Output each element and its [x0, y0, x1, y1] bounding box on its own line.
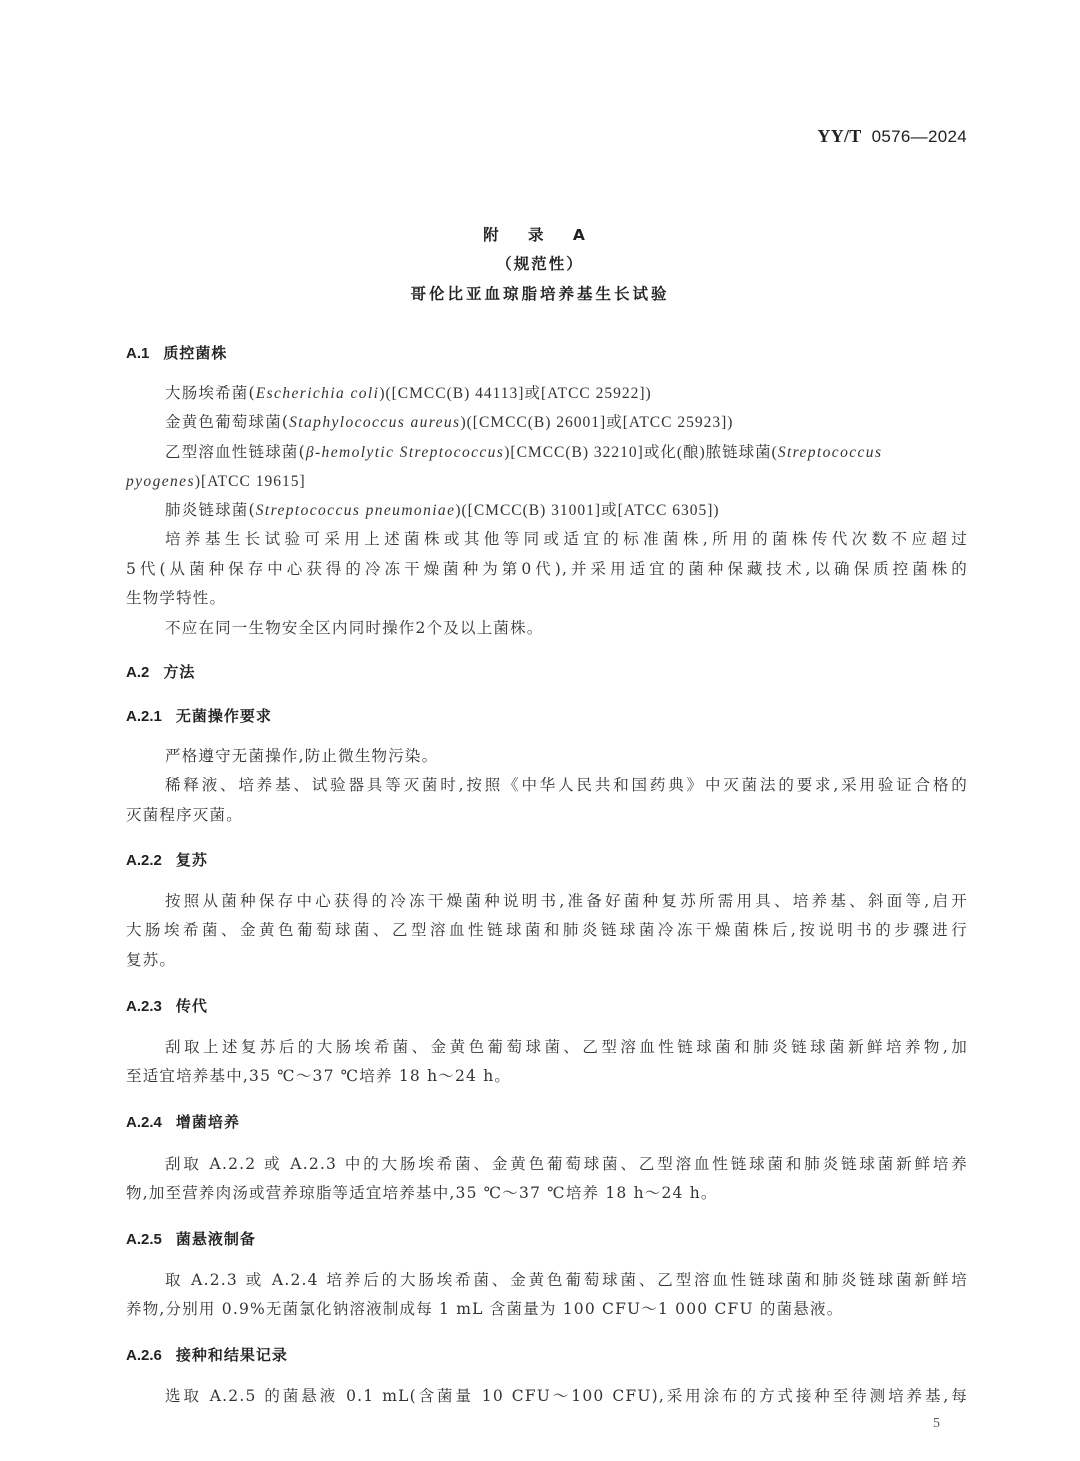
section-heading-a24: A.2.4增菌培养	[126, 1111, 240, 1132]
section-number: A.2.4	[126, 1114, 162, 1131]
section-heading-a2: A.2方法	[126, 661, 195, 682]
section-title: 接种和结果记录	[176, 1346, 288, 1364]
strain-name-latin: pyogenes	[126, 473, 195, 490]
strain-name-latin: Staphylococcus aureus	[289, 414, 460, 431]
paragraph-line: 严格遵守无菌操作,防止微生物污染。	[165, 742, 968, 771]
section-title: 无菌操作要求	[176, 707, 272, 725]
annex-type: （规范性）	[0, 252, 1080, 274]
paragraph-line: 灭菌程序灭菌。	[126, 801, 968, 830]
paragraph-line: 至适宜培养基中,35 ℃～37 ℃培养 18 h～24 h。	[126, 1062, 968, 1091]
section-number: A.2.2	[126, 852, 162, 869]
paragraph-line: 刮取上述复苏后的大肠埃希菌、金黄色葡萄球菌、乙型溶血性链球菌和肺炎链球菌新鲜培养…	[165, 1033, 968, 1062]
section-title: 复苏	[176, 851, 208, 869]
paragraph-line: 养物,分别用 0.9%无菌氯化钠溶液制成每 1 mL 含菌量为 100 CFU～…	[126, 1295, 968, 1324]
section-heading-a1: A.1质控菌株	[126, 342, 227, 363]
section-title: 质控菌株	[163, 344, 227, 362]
paragraph-line: 稀释液、培养基、试验器具等灭菌时,按照《中华人民共和国药典》中灭菌法的要求,采用…	[165, 771, 968, 800]
section-heading-a21: A.2.1无菌操作要求	[126, 705, 272, 726]
strain-refs: )([CMCC(B) 44113]或[ATCC 25922])	[379, 385, 651, 402]
strain-line: 大肠埃希菌(Escherichia coli)([CMCC(B) 44113]或…	[165, 379, 968, 408]
strain-name-latin: Streptococcus pneumoniae	[256, 502, 456, 519]
paragraph-line: 培养基生长试验可采用上述菌株或其他等同或适宜的标准菌株,所用的菌株传代次数不应超…	[165, 525, 968, 554]
section-number: A.2.3	[126, 998, 162, 1015]
section-number: A.2.1	[126, 708, 162, 725]
section-heading-a26: A.2.6接种和结果记录	[126, 1344, 288, 1365]
section-number: A.2.5	[126, 1231, 162, 1248]
strain-line-continued: pyogenes)[ATCC 19615]	[126, 467, 968, 496]
strain-name-cn: 大肠埃希菌(	[165, 384, 256, 402]
standard-code: YY/T 0576—2024	[817, 126, 967, 147]
strain-name-cn: 肺炎链球菌(	[165, 501, 256, 519]
section-number: A.2.6	[126, 1347, 162, 1364]
strain-line: 肺炎链球菌(Streptococcus pneumoniae)([CMCC(B)…	[165, 496, 968, 525]
section-number: A.2	[126, 664, 149, 681]
paragraph-line: 物,加至营养肉汤或营养琼脂等适宜培养基中,35 ℃～37 ℃培养 18 h～24…	[126, 1179, 968, 1208]
section-title: 方法	[163, 663, 195, 681]
strain-refs: )[CMCC(B) 32210]或化(酿)脓链球菌(	[504, 444, 778, 461]
strain-line: 乙型溶血性链球菌(β-hemolytic Streptococcus)[CMCC…	[165, 438, 968, 467]
strain-name-latin: Streptococcus	[778, 444, 883, 461]
strain-name-cn: 金黄色葡萄球菌(	[165, 413, 289, 431]
standard-number: 0576—2024	[872, 127, 967, 146]
strain-refs: )([CMCC(B) 31001]或[ATCC 6305])	[455, 502, 719, 519]
annex-name: 哥伦比亚血琼脂培养基生长试验	[0, 282, 1080, 304]
paragraph-line: 复苏。	[126, 946, 968, 975]
standard-prefix: YY/T	[817, 126, 861, 146]
section-heading-a23: A.2.3传代	[126, 995, 208, 1016]
section-title: 增菌培养	[176, 1113, 240, 1131]
strain-line: 金黄色葡萄球菌(Staphylococcus aureus)([CMCC(B) …	[165, 408, 968, 437]
strain-refs: )[ATCC 19615]	[195, 473, 306, 490]
section-heading-a25: A.2.5菌悬液制备	[126, 1228, 256, 1249]
paragraph-line: 按照从菌种保存中心获得的冷冻干燥菌种说明书,准备好菌种复苏所需用具、培养基、斜面…	[165, 887, 968, 916]
paragraph-line: 5代(从菌种保存中心获得的冷冻干燥菌种为第0代),并采用适宜的菌种保藏技术,以确…	[126, 555, 968, 584]
paragraph-line: 不应在同一生物安全区内同时操作2个及以上菌株。	[165, 614, 968, 643]
strain-refs: )([CMCC(B) 26001]或[ATCC 25923])	[460, 414, 733, 431]
paragraph-line: 刮取 A.2.2 或 A.2.3 中的大肠埃希菌、金黄色葡萄球菌、乙型溶血性链球…	[165, 1150, 968, 1179]
section-title: 传代	[176, 997, 208, 1015]
paragraph-line: 生物学特性。	[126, 584, 968, 613]
section-title: 菌悬液制备	[176, 1230, 256, 1248]
section-heading-a22: A.2.2复苏	[126, 849, 208, 870]
strain-name-latin: Escherichia coli	[256, 385, 380, 402]
strain-name-cn: 乙型溶血性链球菌(	[165, 443, 306, 461]
strain-name-latin: β-hemolytic Streptococcus	[306, 444, 504, 461]
paragraph-line: 取 A.2.3 或 A.2.4 培养后的大肠埃希菌、金黄色葡萄球菌、乙型溶血性链…	[165, 1266, 968, 1295]
section-number: A.1	[126, 345, 149, 362]
paragraph-line: 大肠埃希菌、金黄色葡萄球菌、乙型溶血性链球菌和肺炎链球菌冷冻干燥菌株后,按说明书…	[126, 916, 968, 945]
page-number: 5	[933, 1416, 940, 1432]
paragraph-line: 选取 A.2.5 的菌悬液 0.1 mL(含菌量 10 CFU～100 CFU)…	[165, 1382, 968, 1411]
annex-title: 附 录 A	[0, 223, 1080, 245]
